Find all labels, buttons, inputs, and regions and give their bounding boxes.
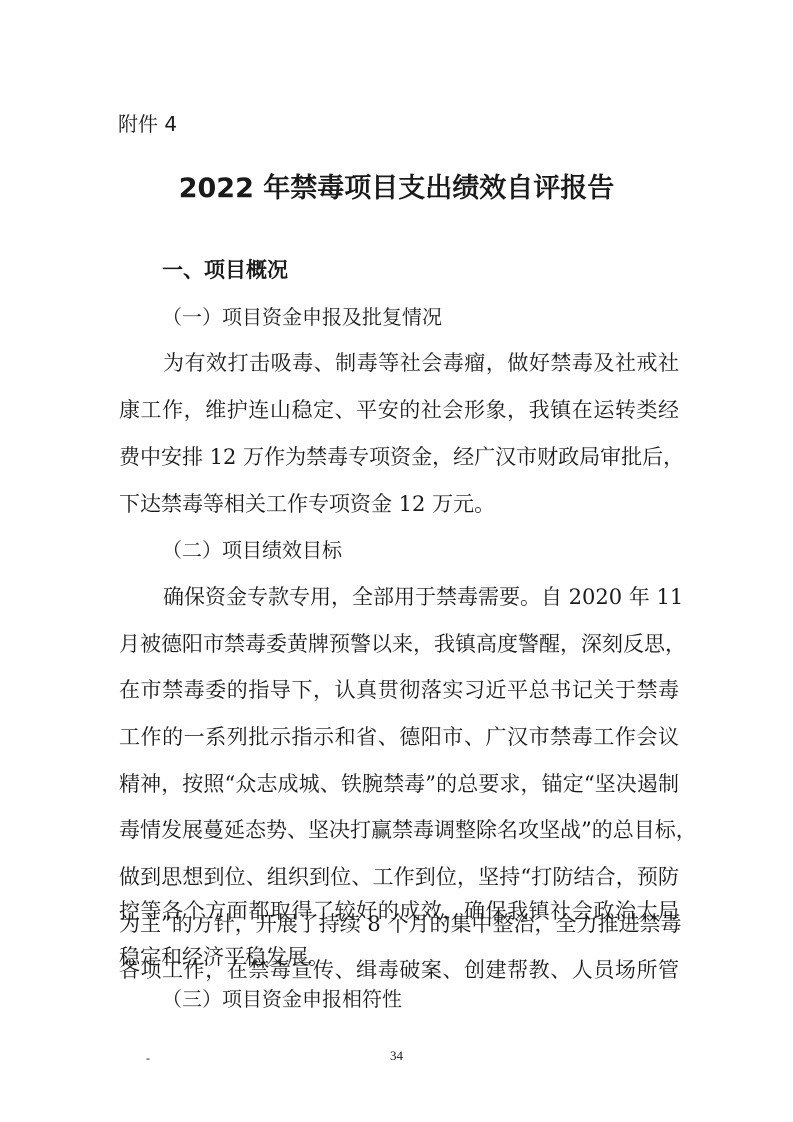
paragraph-line: 确保资金专款专用，全部用于禁毒需要。自 2020 年 11	[163, 583, 679, 611]
paragraph-line: 控等各个方面都取得了较好的成效，确保我镇社会政治大局	[119, 897, 679, 925]
paragraph-line: 毒情发展蔓延态势、坚决打赢禁毒调整除名攻坚战”的总目标，	[119, 816, 679, 844]
subsection-heading-funding-approval: （一）项目资金申报及批复情况	[162, 303, 442, 331]
subsection-heading-funding-conformity: （三）项目资金申报相符性	[162, 985, 402, 1013]
paragraph-line: 费中安排 12 万作为禁毒专项资金，经广汉市财政局审批后，	[119, 443, 679, 471]
section-heading-overview: 一、项目概况	[162, 256, 288, 284]
paragraph-line: 精神，按照“众志成城、铁腕禁毒”的总要求，锚定“坚决遏制	[119, 770, 679, 798]
paragraph-line: 稳定和经济平稳发展。	[119, 943, 679, 971]
document-page: 附件 4 2022 年禁毒项目支出绩效自评报告 一、项目概况 （一）项目资金申报…	[0, 0, 793, 1122]
subsection-heading-performance-goals: （二）项目绩效目标	[162, 536, 342, 564]
paragraph-line: 为有效打击吸毒、制毒等社会毒瘤，做好禁毒及社戒社	[163, 349, 679, 377]
document-title: 2022 年禁毒项目支出绩效自评报告	[0, 172, 793, 206]
paragraph-line: 康工作，维护连山稳定、平安的社会形象，我镇在运转类经	[119, 396, 679, 424]
paragraph-line: 下达禁毒等相关工作专项资金 12 万元。	[119, 490, 679, 518]
paragraph-line: 在市禁毒委的指导下，认真贯彻落实习近平总书记关于禁毒	[119, 676, 679, 704]
paragraph-line: 月被德阳市禁毒委黄牌预警以来，我镇高度警醒，深刻反思，	[119, 630, 679, 658]
paragraph-line: 工作的一系列批示指示和省、德阳市、广汉市禁毒工作会议	[119, 723, 679, 751]
page-number: 34	[0, 1042, 793, 1070]
attachment-label: 附件 4	[118, 110, 177, 138]
paragraph-line: 做到思想到位、组织到位、工作到位，坚持“打防结合，预防	[119, 863, 679, 891]
